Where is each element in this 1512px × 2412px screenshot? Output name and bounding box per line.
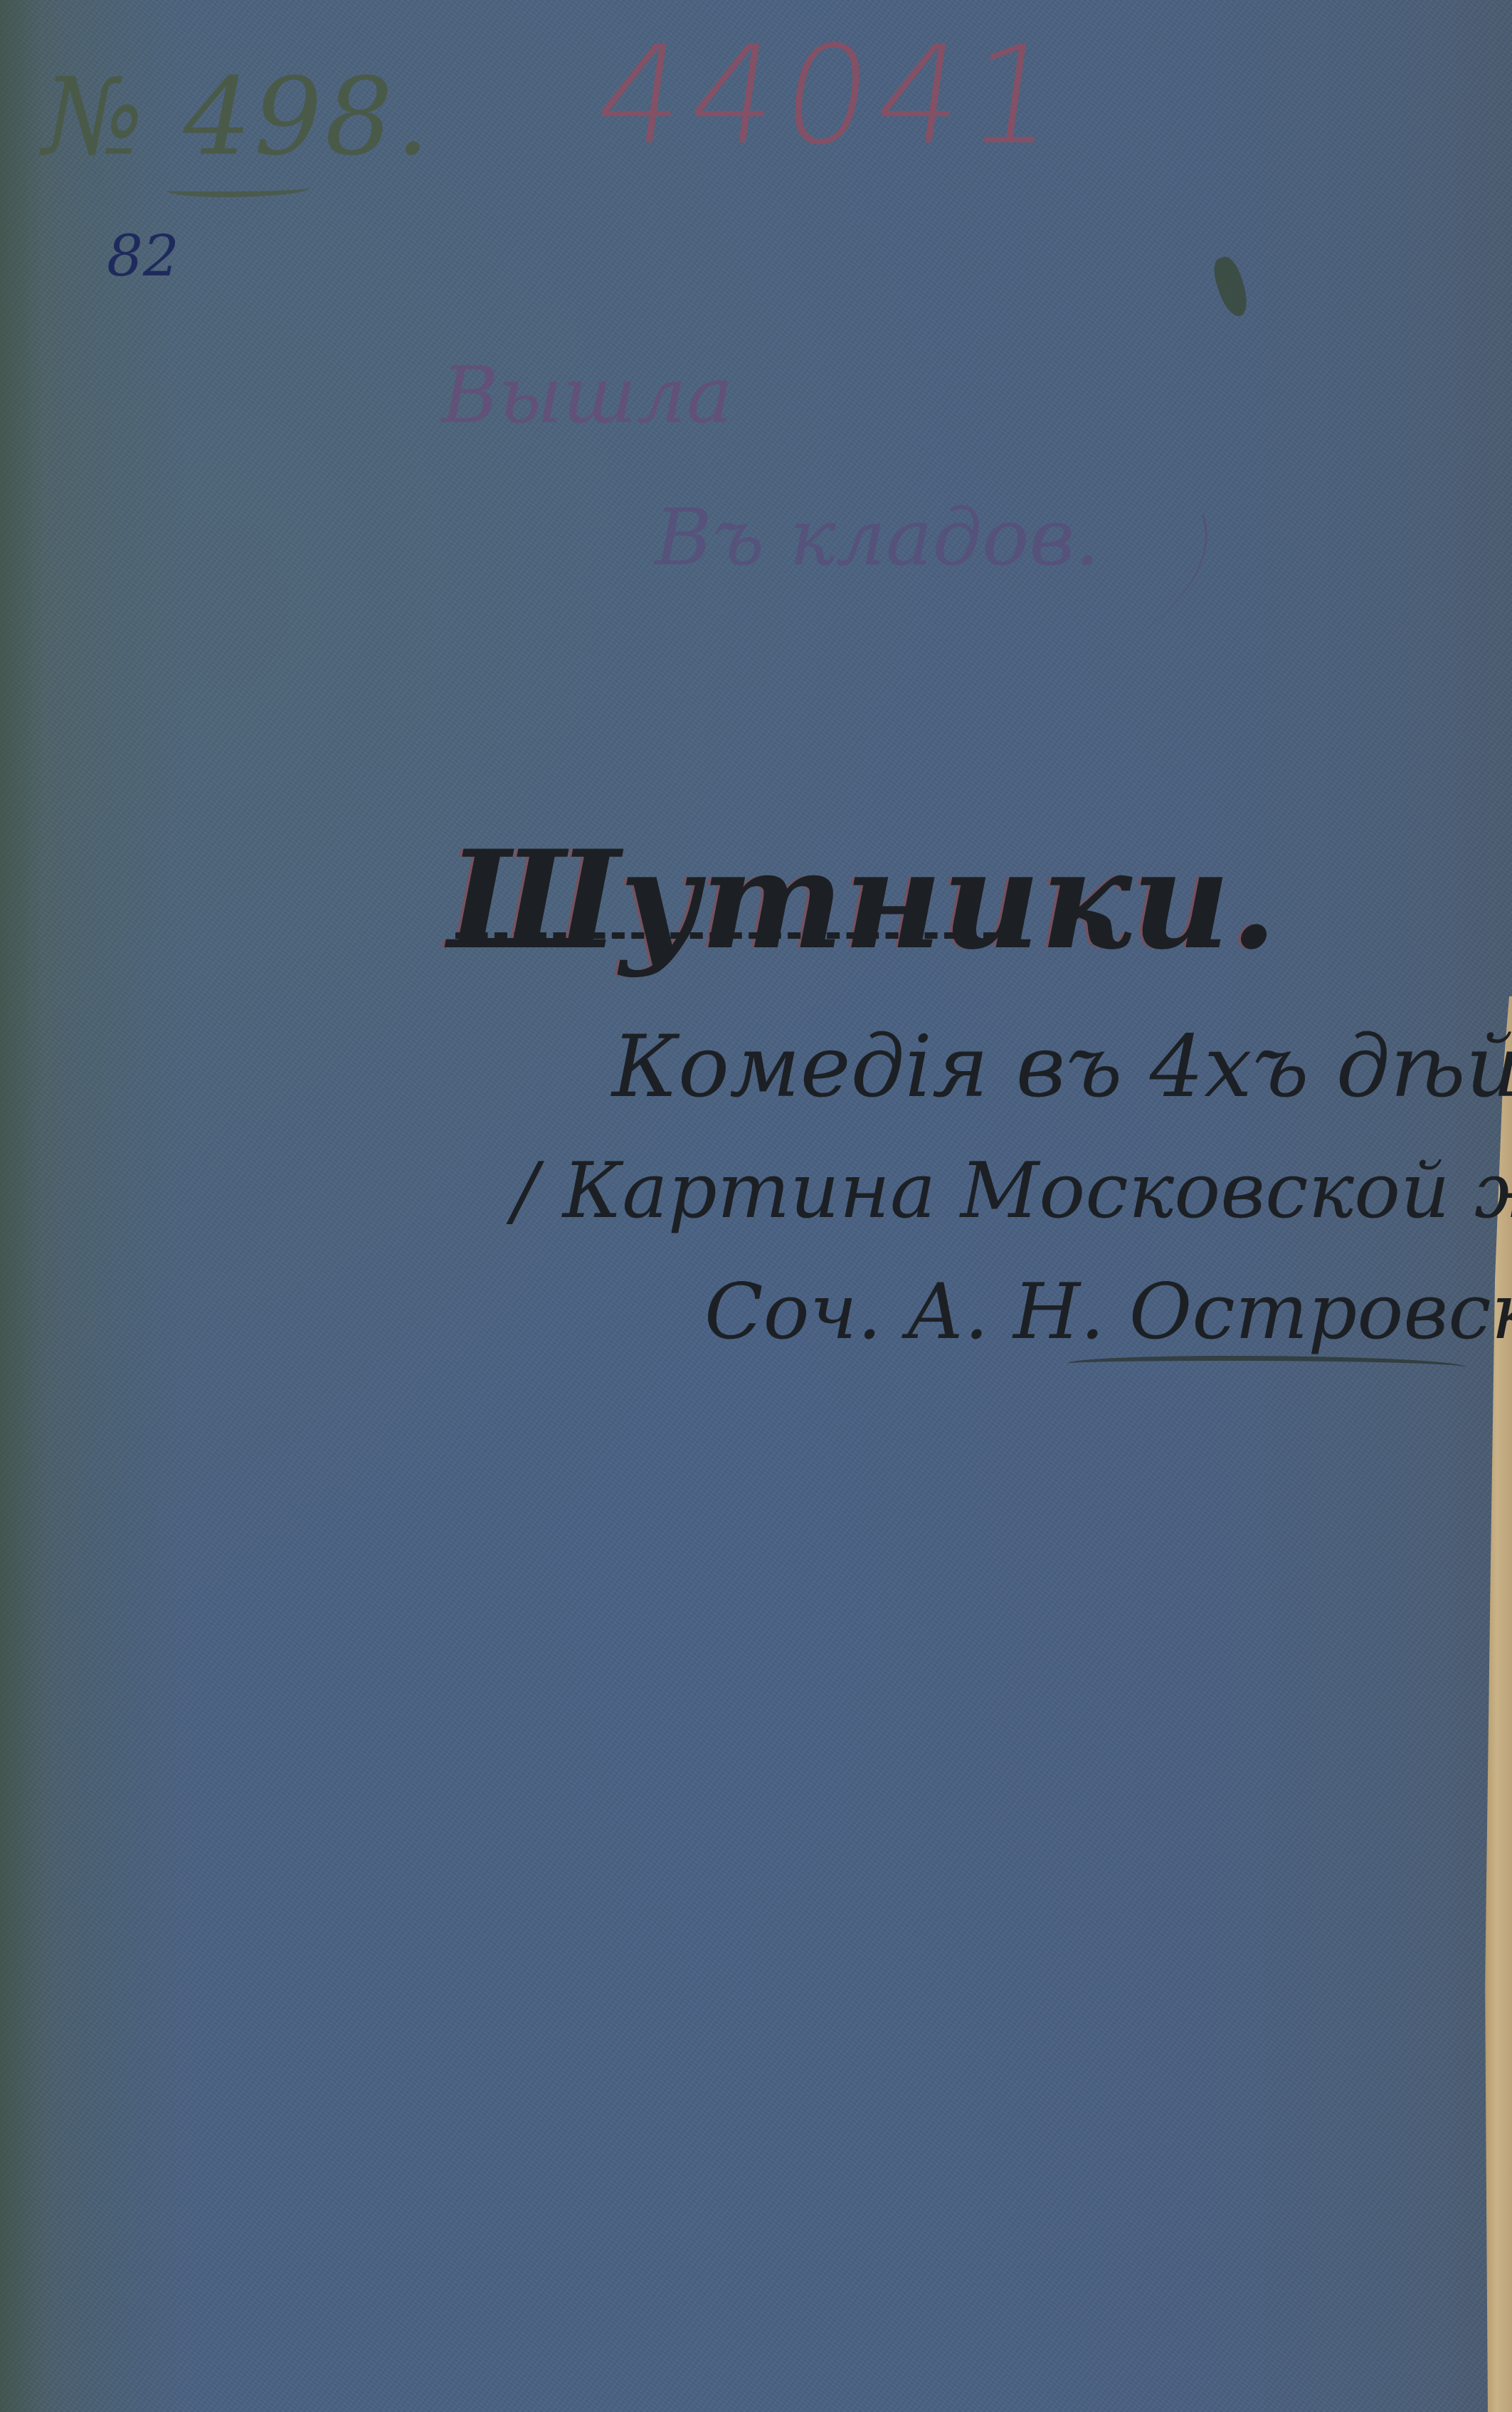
left-edge-wear [0, 0, 43, 2412]
author-line: Соч. А. Н. Островскаго [704, 1274, 1512, 1351]
folio-number: 82 [107, 228, 179, 285]
inventory-number: 44041 [588, 28, 1073, 164]
pencil-note-2: Въ кладов. [655, 498, 1099, 576]
document-subtitle: Комедія въ 4хъ дѣйствіяхъ [612, 1025, 1512, 1110]
document-tagline: / Картина Московской жизни / [512, 1153, 1512, 1230]
pencil-note-1: Вышла [441, 356, 733, 434]
document-cover: № 498. 44041 82 Вышла Въ кладов. Шутники… [0, 0, 1512, 2412]
title-underline [455, 932, 996, 946]
archive-number: № 498. [43, 64, 433, 171]
document-title: Шутники. [448, 833, 1277, 968]
